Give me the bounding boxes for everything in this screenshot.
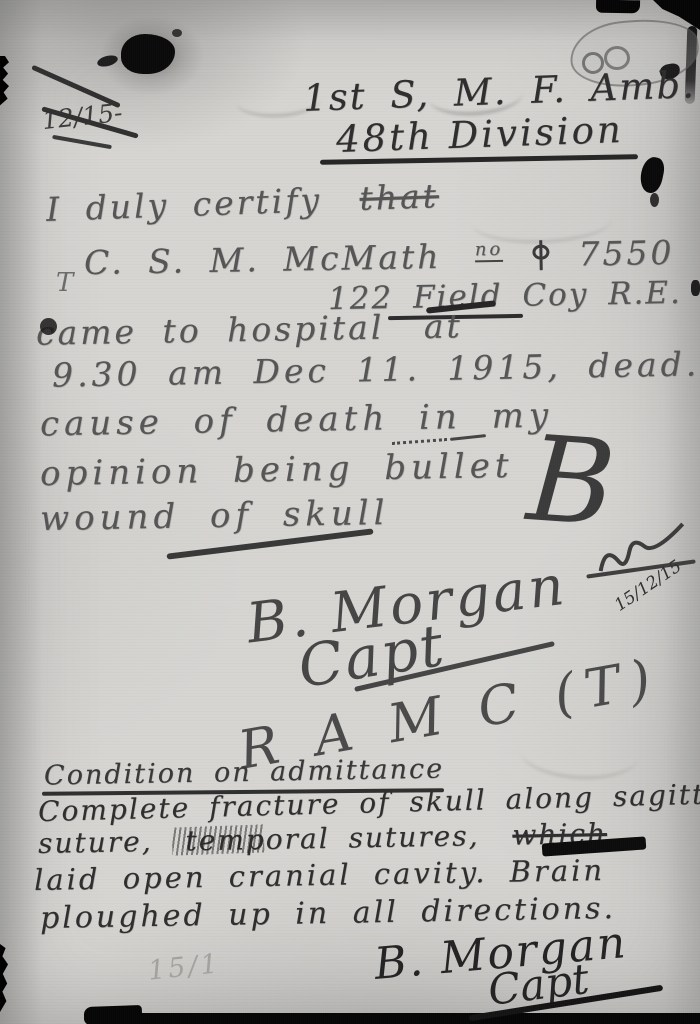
photo-border-band: [84, 1013, 700, 1024]
ink-speck: [172, 29, 182, 37]
faint-pencil-note: 15/1: [147, 948, 222, 986]
overwrite-scribble: [172, 824, 265, 855]
torn-edge-mark: [0, 944, 8, 1012]
corner-tear-mark: [596, 0, 640, 13]
ink-smudge: [40, 318, 57, 335]
scanned-death-certificate: 12/15- 1st S, M. F. Amb. 48th Division I…: [0, 0, 700, 1024]
number-abbrev: no: [475, 239, 504, 262]
certify-line: I duly certify that: [45, 176, 439, 229]
time-date-line: 9.30 am Dec 11. 1915, dead.: [52, 344, 700, 394]
division-title: 48th Division: [335, 108, 624, 161]
ink-bleed-mark: [519, 723, 642, 782]
condition-text: suture,: [38, 825, 153, 860]
ink-speck: [650, 193, 659, 207]
admission-line: came to hospital at: [36, 306, 463, 352]
struck-word-that: that: [359, 176, 440, 218]
service-number: 7550: [578, 233, 675, 274]
margin-initial: T: [56, 268, 73, 298]
condition-line-3: laid open cranial cavity. Brain: [34, 853, 606, 897]
rank-and-name: C. S. M. McMath: [84, 237, 442, 282]
photo-border-band: [84, 1005, 143, 1024]
number-flourish-icon: [531, 238, 552, 272]
certify-text: I duly certify: [45, 180, 322, 229]
ink-speck: [691, 280, 700, 296]
strike-stroke: [52, 135, 112, 149]
admission-text: came to hospital: [36, 308, 385, 353]
cause-line-2: opinion being bullet: [40, 446, 514, 494]
correction-dashes: [392, 438, 447, 445]
casualty-name-line: C. S. M. McMath no 7550: [84, 233, 675, 282]
ink-speck: [637, 155, 666, 195]
torn-edge-mark: [0, 56, 9, 108]
